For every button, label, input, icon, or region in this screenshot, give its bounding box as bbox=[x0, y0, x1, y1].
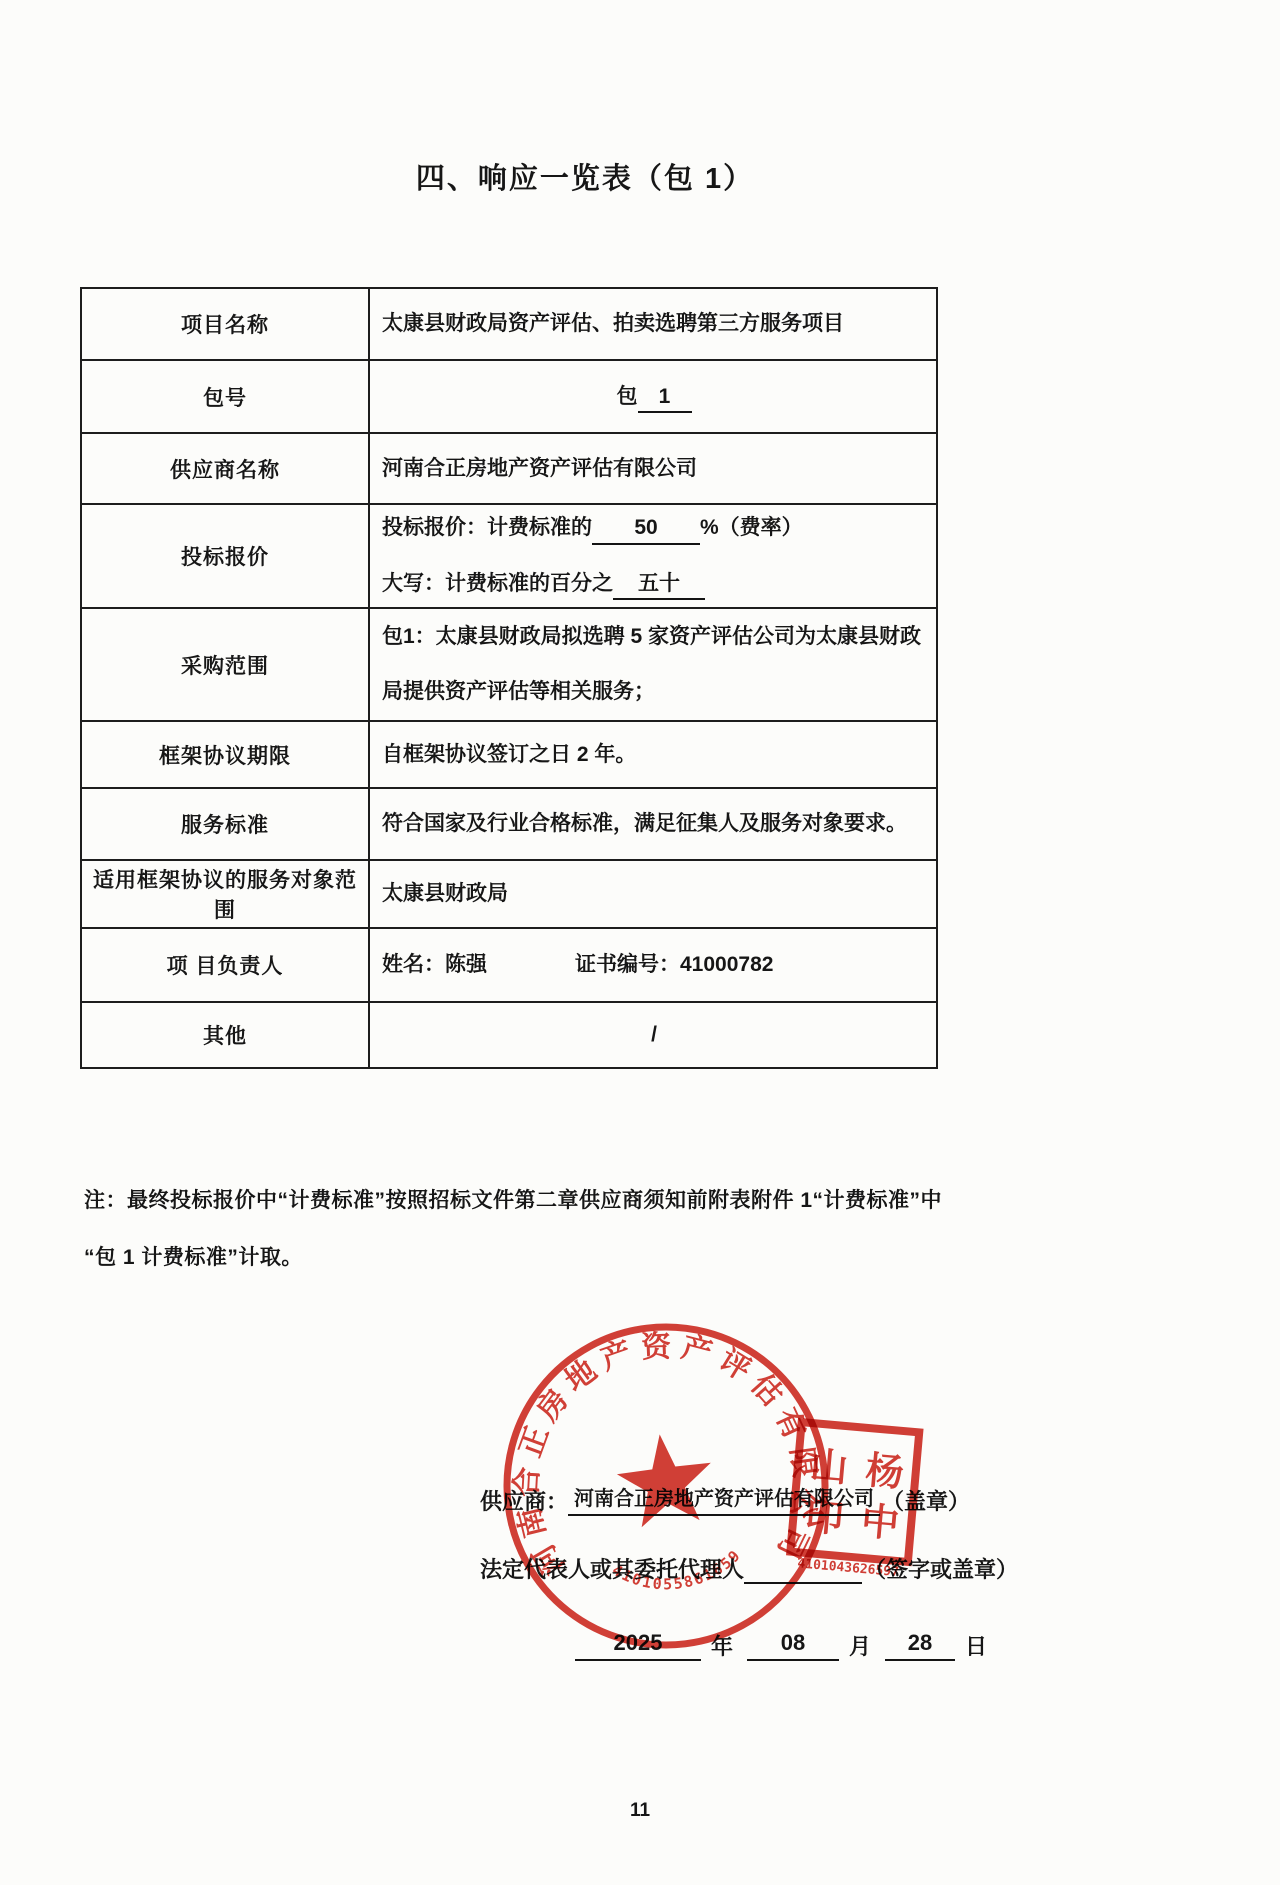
manager-cert-no: 证书编号：41000782 bbox=[575, 948, 773, 982]
row-value-service-target: 太康县财政局 bbox=[370, 861, 936, 927]
table-row: 其他 / bbox=[82, 1001, 936, 1067]
seal-char-tl: 山 bbox=[808, 1443, 850, 1490]
row-value-service-standard: 符合国家及行业合格标准，满足征集人及服务对象要求。 bbox=[370, 789, 936, 859]
seal-char-bl: 印 bbox=[804, 1494, 846, 1541]
table-row: 包号 包1 bbox=[82, 359, 936, 432]
table-row: 服务标准 符合国家及行业合格标准，满足征集人及服务对象要求。 bbox=[82, 787, 936, 859]
svg-text:4101055861659: 4101055861659 bbox=[607, 1544, 748, 1601]
row-value-project-manager: 姓名：陈强 证书编号：41000782 bbox=[370, 929, 936, 1001]
table-row: 适用框架协议的服务对象范围 太康县财政局 bbox=[82, 859, 936, 927]
row-label-agreement-term: 框架协议期限 bbox=[82, 722, 370, 787]
seal-char-br: 中 bbox=[859, 1499, 901, 1546]
row-label-service-target: 适用框架协议的服务对象范围 bbox=[82, 861, 370, 927]
row-label-bid-price: 投标报价 bbox=[82, 505, 370, 607]
row-value-bid-price: 投标报价：计费标准的50%（费率） 大写：计费标准的百分之五十 bbox=[370, 505, 936, 607]
manager-name: 姓名：陈强 bbox=[382, 948, 487, 982]
row-label-other: 其他 bbox=[82, 1003, 370, 1067]
row-value-package-no: 包1 bbox=[370, 361, 936, 432]
personal-seal-stamp: 山 杨 印 中 4101043626597 bbox=[783, 1417, 924, 1586]
row-label-service-standard: 服务标准 bbox=[82, 789, 370, 859]
note-line-2: “包 1 计费标准”计取。 bbox=[84, 1243, 984, 1273]
table-row: 框架协议期限 自框架协议签订之日 2 年。 bbox=[82, 720, 936, 787]
row-value-procurement-scope: 包1：太康县财政局拟选聘 5 家资产评估公司为太康县财政局提供资产评估等相关服务… bbox=[370, 609, 936, 720]
bid-rate-words-fill: 五十 bbox=[613, 571, 705, 600]
seal-char-tr: 杨 bbox=[864, 1448, 906, 1495]
table-row: 项目名称 太康县财政局资产评估、拍卖选聘第三方服务项目 bbox=[82, 289, 936, 359]
table-row: 供应商名称 河南合正房地产资产评估有限公司 bbox=[82, 432, 936, 503]
page-title: 四、响应一览表（包 1） bbox=[0, 156, 1170, 197]
row-label-project-manager: 项 目负责人 bbox=[82, 929, 370, 1001]
seal-number-text: 4101055861659 bbox=[607, 1544, 748, 1601]
response-summary-table: 项目名称 太康县财政局资产评估、拍卖选聘第三方服务项目 包号 包1 供应商名称 … bbox=[80, 287, 938, 1069]
document-page: 四、响应一览表（包 1） 项目名称 太康县财政局资产评估、拍卖选聘第三方服务项目… bbox=[0, 0, 1280, 1885]
table-row: 采购范围 包1：太康县财政局拟选聘 5 家资产评估公司为太康县财政局提供资产评估… bbox=[82, 607, 936, 720]
row-value-supplier-name: 河南合正房地产资产评估有限公司 bbox=[370, 434, 936, 503]
package-no-fill: 1 bbox=[638, 384, 692, 413]
row-label-project-name: 项目名称 bbox=[82, 289, 370, 359]
date-day: 28 bbox=[885, 1630, 955, 1661]
note-text: 注：最终投标报价中“计费标准”按照招标文件第二章供应商须知前附表附件 1“计费标… bbox=[84, 1186, 984, 1273]
row-value-agreement-term: 自框架协议签订之日 2 年。 bbox=[370, 722, 936, 787]
row-label-supplier-name: 供应商名称 bbox=[82, 434, 370, 503]
row-label-package-no: 包号 bbox=[82, 361, 370, 432]
table-row: 投标报价 投标报价：计费标准的50%（费率） 大写：计费标准的百分之五十 bbox=[82, 503, 936, 607]
row-value-project-name: 太康县财政局资产评估、拍卖选聘第三方服务项目 bbox=[370, 289, 936, 359]
page-number: 11 bbox=[0, 1800, 1280, 1822]
row-label-procurement-scope: 采购范围 bbox=[82, 609, 370, 720]
row-value-other: / bbox=[370, 1003, 936, 1067]
note-line-1: 注：最终投标报价中“计费标准”按照招标文件第二章供应商须知前附表附件 1“计费标… bbox=[84, 1186, 984, 1216]
bid-rate-fill: 50 bbox=[592, 515, 700, 544]
date-day-label: 日 bbox=[965, 1630, 987, 1661]
seal-star-icon bbox=[613, 1429, 718, 1530]
table-row: 项 目负责人 姓名：陈强 证书编号：41000782 bbox=[82, 927, 936, 1001]
